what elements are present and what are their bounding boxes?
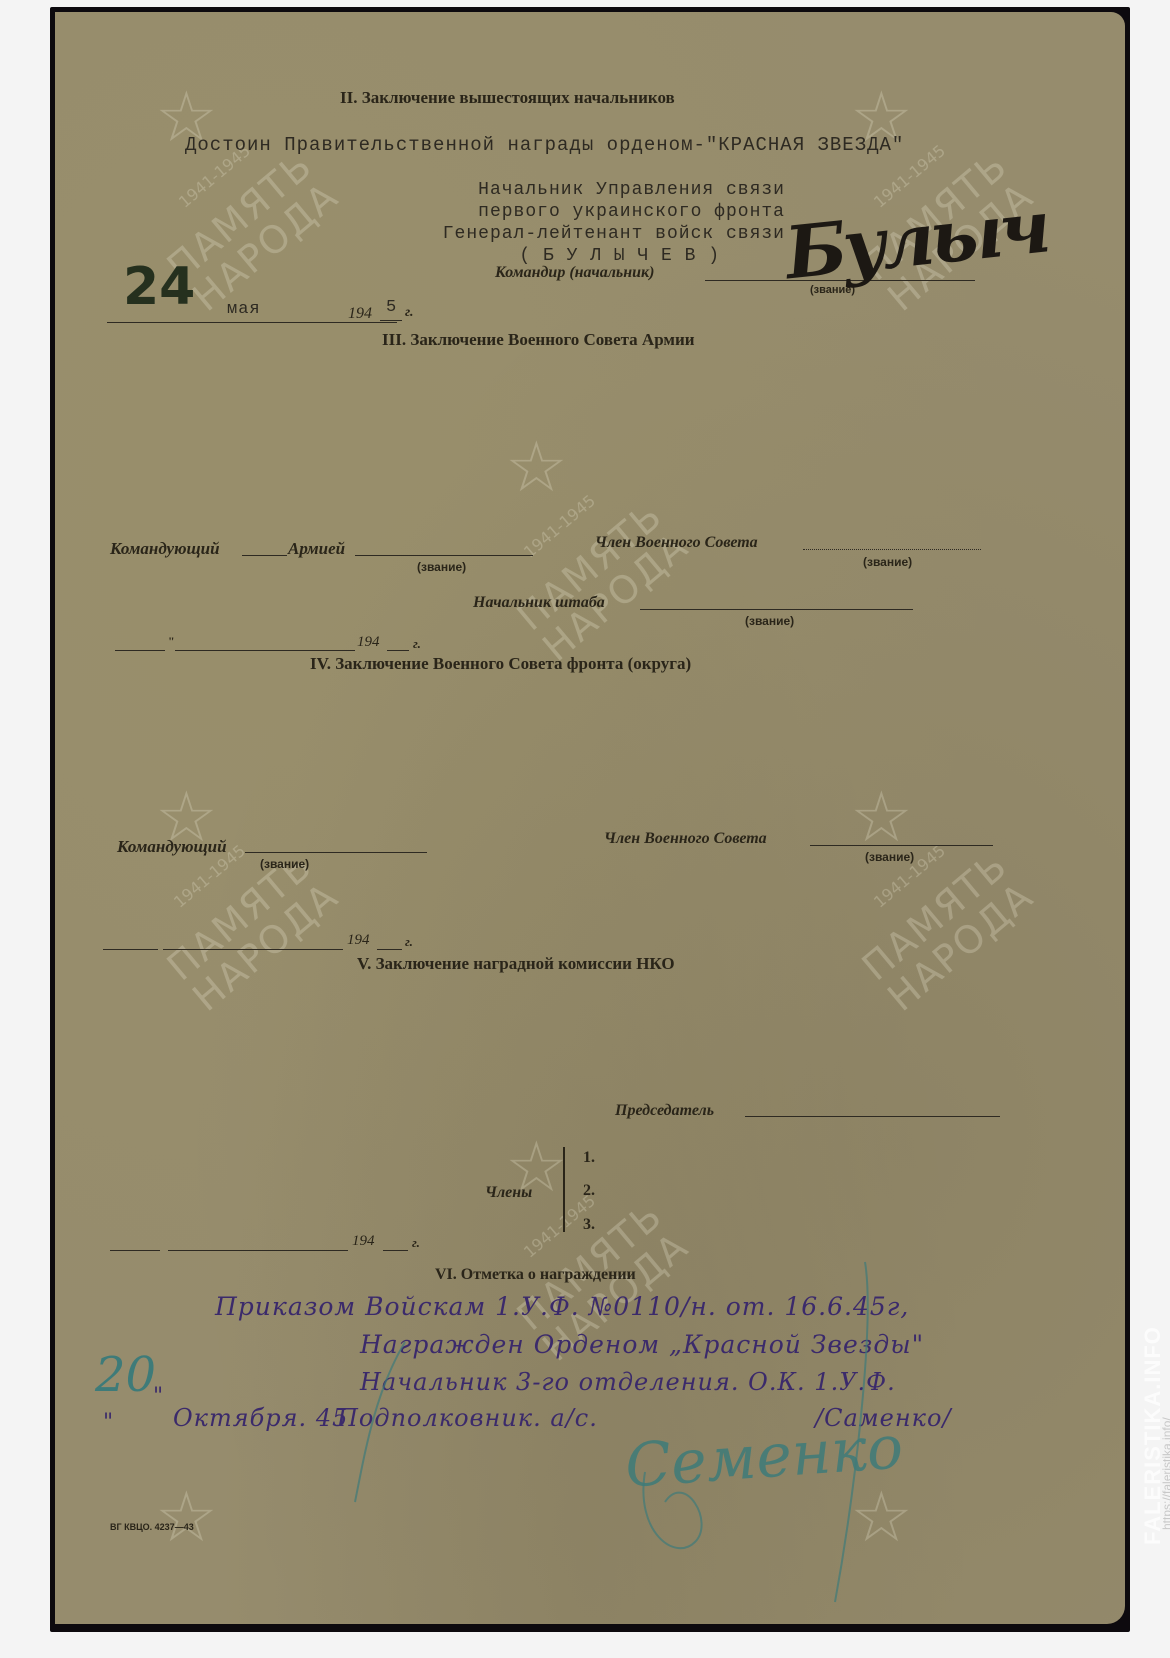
- award-verdict: Достоин Правительственной награды ордено…: [185, 134, 904, 156]
- section-3-heading: III. Заключение Военного Совета Армии: [382, 330, 695, 350]
- signer-line: Начальник Управления связи: [385, 179, 785, 201]
- member-1: 1.: [583, 1149, 595, 1167]
- rank-label: (звание): [417, 560, 466, 574]
- printer-mark: ВГ КВЦО. 4237—43: [110, 1522, 194, 1532]
- members-brace: [563, 1147, 565, 1232]
- front-commander-label: Командующий: [117, 837, 227, 857]
- rank-label: (звание): [863, 555, 912, 569]
- blank-line: [242, 555, 287, 556]
- army-label: Армией: [288, 539, 345, 559]
- rank-label: (звание): [745, 614, 794, 628]
- star-watermark-icon: ☆: [155, 1482, 218, 1552]
- date-year-suffix: 5: [386, 298, 397, 317]
- date-month-line: [163, 949, 343, 950]
- chairman-label: Председатель: [615, 1102, 714, 1120]
- chief-of-staff-label: Начальник штаба: [473, 594, 605, 612]
- year-line: [377, 949, 402, 950]
- front-commander-signature-line: [245, 852, 427, 853]
- date-quote-close: ": [153, 1384, 164, 1409]
- site-url-watermark: https://faleristika.info/: [1160, 1417, 1170, 1530]
- section-2-heading: II. Заключение вышестоящих начальников: [340, 88, 675, 108]
- date-g: г.: [405, 305, 413, 321]
- date-day-line: [110, 1250, 160, 1251]
- front-council-member-label: Член Военного Совета: [604, 830, 767, 848]
- signer-block: Начальник Управления связи первого украи…: [385, 179, 785, 267]
- date-year-prefix: 194: [347, 932, 370, 949]
- date-day: 24: [123, 257, 195, 317]
- star-watermark-icon: ☆: [505, 432, 568, 502]
- star-watermark-icon: ☆: [850, 782, 913, 852]
- chief-signature-line: [640, 609, 913, 610]
- watermark-years: 1941-1945: [520, 491, 599, 562]
- rank-label: (звание): [260, 857, 309, 871]
- section-5-heading: V. Заключение наградной комиссии НКО: [357, 954, 675, 974]
- date-month-line: [175, 650, 355, 651]
- date-day-line: [115, 650, 165, 651]
- watermark-text-3: ПАМЯТЬНАРОДА: [510, 494, 696, 668]
- date-quote-open: ": [103, 1410, 114, 1435]
- army-signature-line: [355, 555, 533, 556]
- date-g: г.: [405, 934, 413, 950]
- date-year-prefix: 194: [357, 634, 380, 651]
- award-date-day: 20: [95, 1347, 156, 1403]
- member-2: 2.: [583, 1182, 595, 1200]
- watermark-text-5: ПАМЯТЬНАРОДА: [855, 844, 1041, 1018]
- chairman-signature-line: [745, 1116, 1000, 1117]
- section-4-heading: IV. Заключение Военного Совета фронта (о…: [310, 654, 691, 674]
- front-council-signature-line: [810, 845, 993, 846]
- members-label: Члены: [485, 1184, 532, 1202]
- year-line: [380, 320, 402, 321]
- date-quote: ": [168, 634, 175, 649]
- commander-signature: Булыч: [781, 184, 1050, 296]
- watermark-text-4: ПАМЯТЬНАРОДА: [160, 844, 346, 1018]
- army-commander-label: Командующий: [110, 539, 220, 559]
- member-3: 3.: [583, 1216, 595, 1234]
- date-month: мая: [227, 300, 261, 319]
- date-day-line: [103, 949, 158, 950]
- signature-stroke-icon: [315, 1242, 935, 1622]
- date-year-prefix: 194: [348, 305, 372, 323]
- award-sheet-page: ☆ 1941-1945 ПАМЯТЬНАРОДА ☆ 1941-1945 ПАМ…: [55, 12, 1125, 1624]
- signer-line: первого украинского фронта: [385, 201, 785, 223]
- signer-line: Генерал-лейтенант войск связи: [385, 223, 785, 245]
- year-line: [387, 650, 409, 651]
- council-signature-line: [803, 549, 981, 550]
- commander-label: Командир (начальник): [495, 264, 654, 282]
- council-member-label: Член Военного Совета: [595, 534, 758, 552]
- date-g: г.: [413, 636, 421, 652]
- rank-label: (звание): [865, 850, 914, 864]
